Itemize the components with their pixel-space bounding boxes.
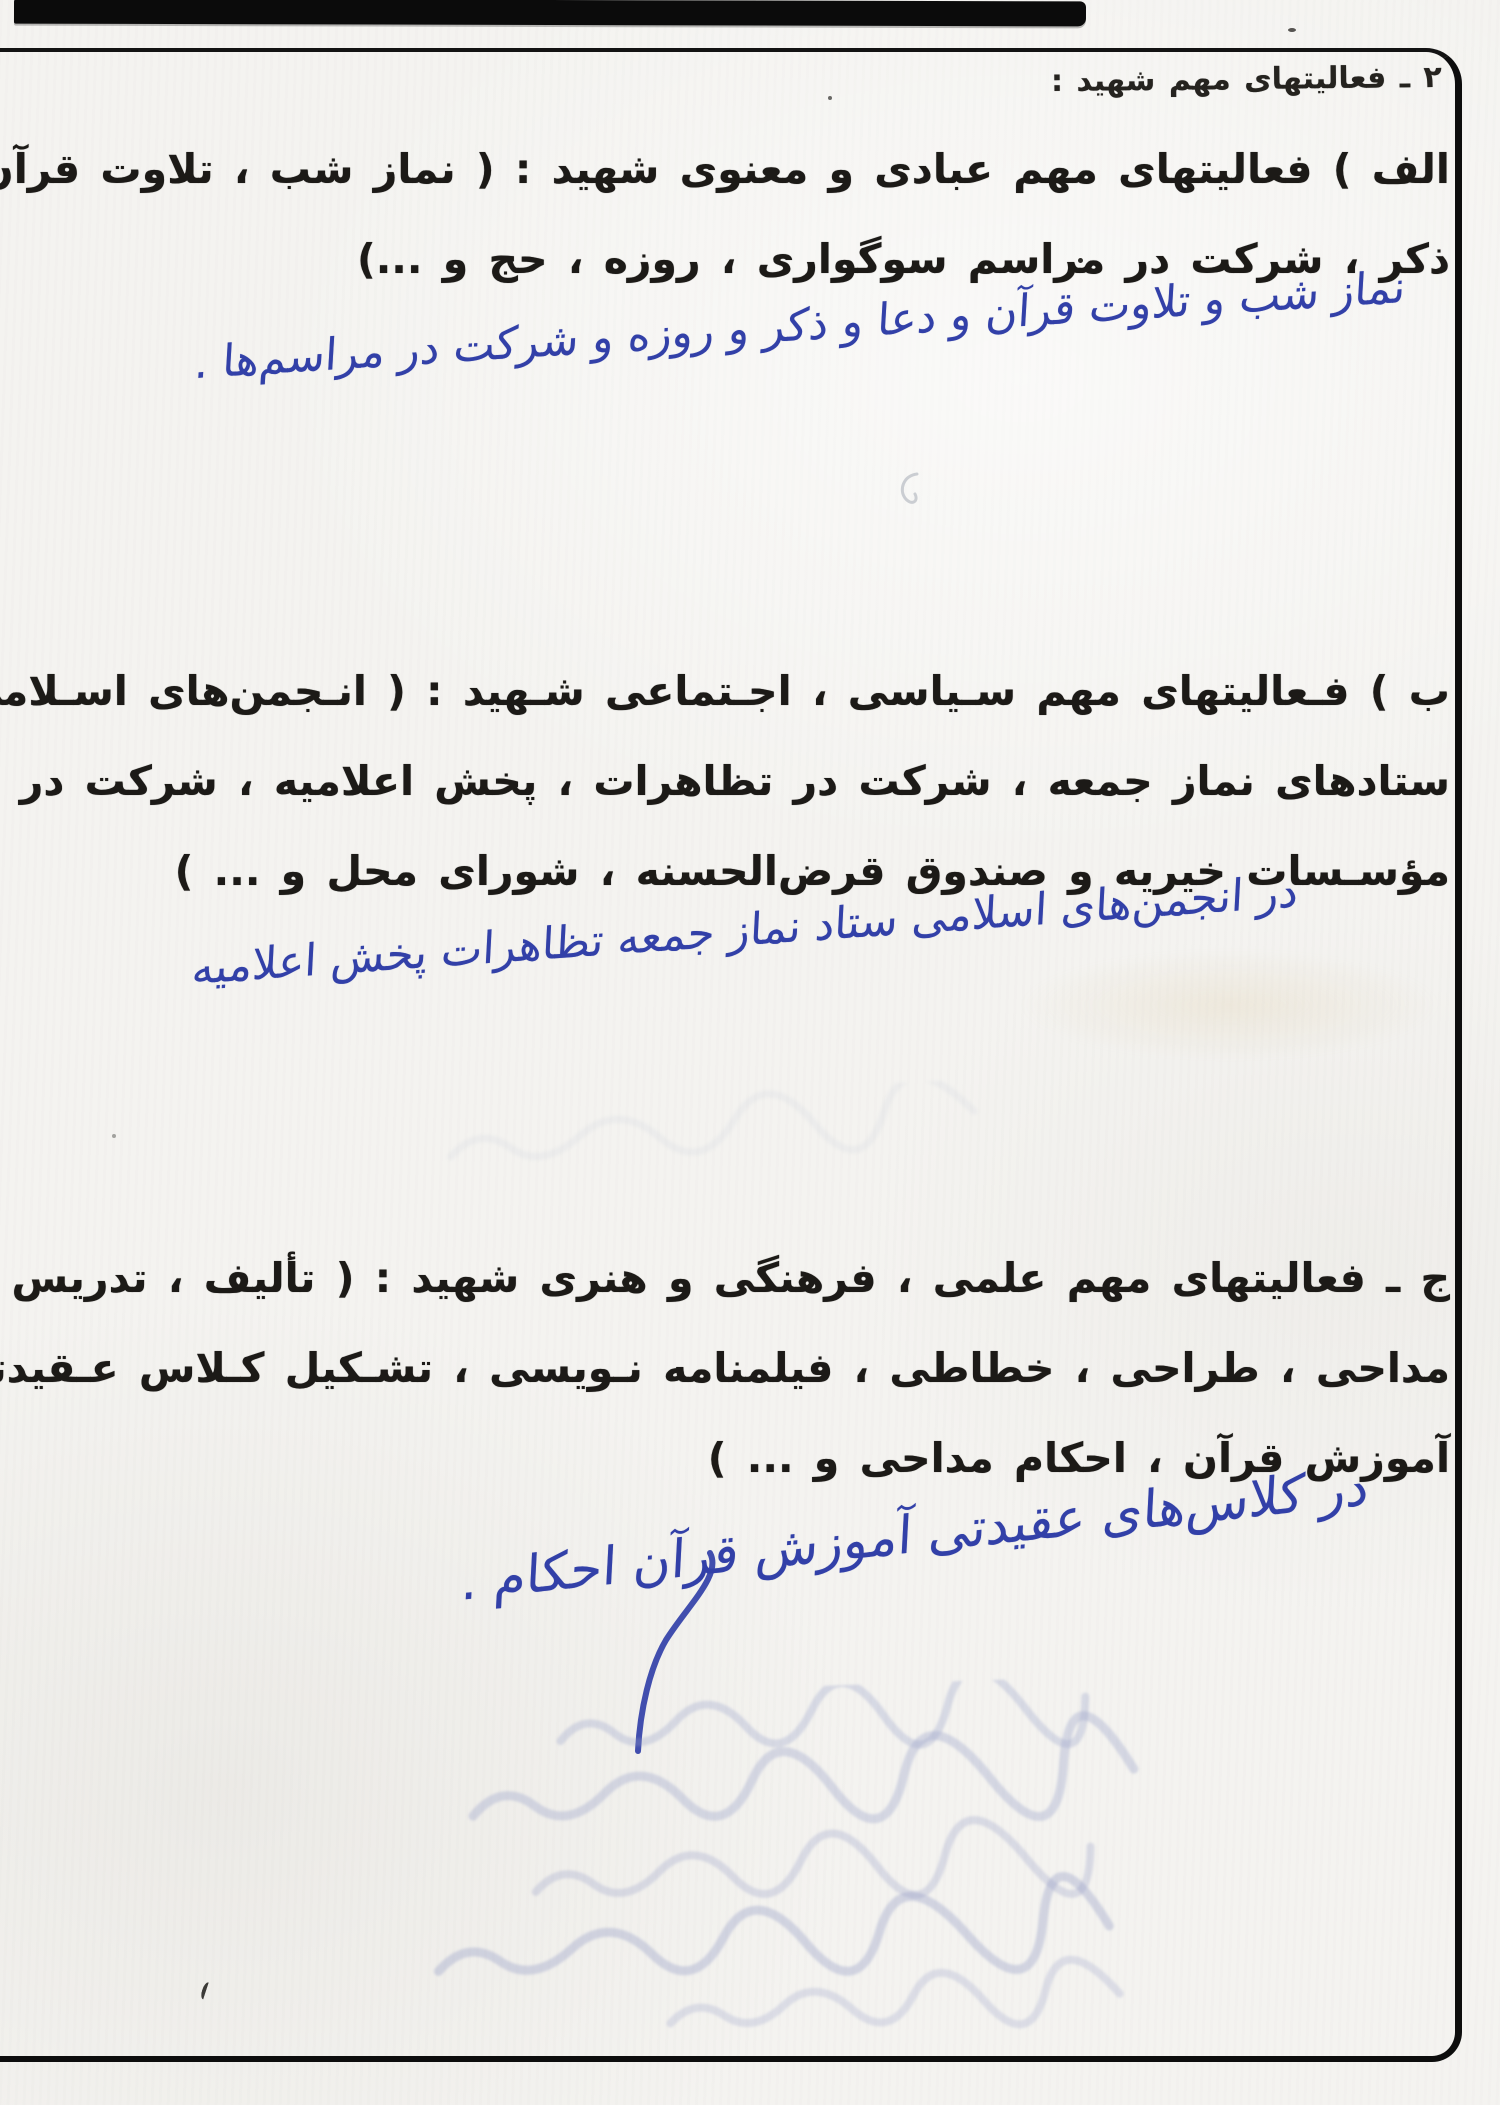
page-heading: ۲ ـ فعالیتهای مهم شهید : — [1051, 60, 1442, 99]
section-c-line-1: ج ـ فعالیتهای مهم علمی ، فرهنگی و هنری ش… — [28, 1233, 1450, 1323]
scanned-document-page: ۲ ـ فعالیتهای مهم شهید : الف ) فعالیتهای… — [0, 0, 1500, 2105]
section-c-line-2: مداحی ، طراحی ، خطاطی ، فیلمنامه نـویسی … — [28, 1323, 1450, 1413]
section-a-line-1: الف ) فعالیتهای مهم عبادی و معنوی شهید :… — [28, 124, 1450, 214]
ink-speck — [828, 96, 832, 100]
paper-smudge — [1020, 950, 1440, 1060]
scan-edge-artifact-bar — [14, 0, 1086, 26]
ink-speck — [1288, 28, 1296, 32]
bleedthrough-ink-bottom — [229, 1664, 1471, 2067]
section-b-line-2: ستادهای نماز جمعه ، شرکت در تظاهرات ، پخ… — [28, 736, 1450, 826]
ink-speck — [112, 1134, 116, 1138]
section-b-line-1: ب ) فـعالیتهای مهم سـیاسی ، اجـتماعی شـه… — [28, 646, 1450, 736]
pencil-stray-mark — [893, 468, 927, 524]
bleedthrough-ink-faint — [418, 1072, 1122, 1199]
section-c-paragraph: ج ـ فعالیتهای مهم علمی ، فرهنگی و هنری ش… — [28, 1233, 1450, 1503]
ink-speck — [1078, 258, 1083, 263]
pen-stray-mark — [199, 1981, 212, 2001]
